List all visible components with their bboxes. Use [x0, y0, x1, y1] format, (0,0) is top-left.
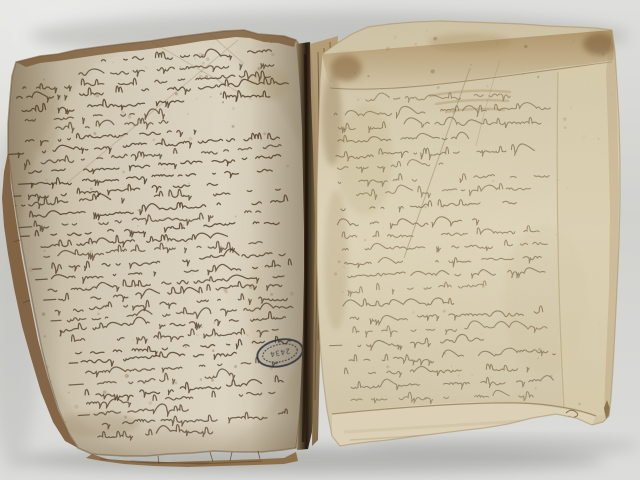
- foxing-speckle: [500, 79, 501, 80]
- foxing-speckle: [206, 57, 209, 60]
- foxing-speckle: [433, 37, 437, 41]
- right-page: [315, 18, 627, 452]
- foxing-speckle: [43, 79, 45, 81]
- foxing-speckle: [232, 107, 235, 110]
- foxing-speckle: [152, 139, 155, 142]
- foxing-speckle: [367, 75, 369, 77]
- foxing-speckle: [122, 111, 125, 114]
- foxing-speckle: [290, 292, 294, 296]
- foxing-speckle: [188, 183, 189, 184]
- foxing-speckle: [192, 273, 194, 275]
- foxing-speckle: [211, 379, 214, 382]
- foxing-speckle: [149, 401, 153, 405]
- foxing-speckle: [611, 94, 612, 95]
- foxing-speckle: [558, 179, 559, 180]
- foxing-speckle: [569, 106, 573, 110]
- foxing-speckle: [494, 401, 495, 402]
- foxing-speckle: [522, 73, 524, 75]
- foxing-speckle: [364, 239, 366, 241]
- foxing-speckle: [564, 126, 567, 129]
- foxing-speckle: [225, 290, 228, 293]
- foxing-speckle: [592, 55, 594, 57]
- foxing-speckle: [221, 91, 222, 92]
- foxing-speckle: [470, 64, 472, 66]
- foxing-speckle: [567, 187, 568, 188]
- foxing-speckle: [122, 170, 125, 173]
- foxing-speckle: [386, 365, 389, 368]
- foxing-speckle: [453, 111, 456, 114]
- foxing-speckle: [458, 375, 460, 377]
- foxing-speckle: [145, 66, 148, 69]
- foxing-speckle: [487, 108, 489, 110]
- foxing-speckle: [383, 227, 384, 228]
- foxing-speckle: [42, 312, 46, 316]
- foxing-speckle: [443, 309, 446, 312]
- foxing-speckle: [598, 323, 600, 325]
- foxing-speckle: [449, 191, 451, 193]
- foxing-speckle: [437, 86, 440, 89]
- foxing-speckle: [563, 117, 566, 120]
- foxing-speckle: [121, 79, 122, 80]
- foxing-speckle: [583, 135, 586, 138]
- foxing-speckle: [213, 322, 216, 325]
- foxing-speckle: [393, 35, 397, 39]
- foxing-speckle: [338, 260, 341, 263]
- foxing-speckle: [524, 45, 528, 49]
- foxing-speckle: [200, 378, 203, 381]
- foxing-speckle: [128, 115, 132, 119]
- foxing-speckle: [354, 72, 355, 73]
- foxing-speckle: [90, 188, 93, 191]
- foxing-speckle: [232, 125, 235, 128]
- foxing-speckle: [65, 421, 66, 422]
- foxing-speckle: [535, 388, 537, 390]
- foxing-speckle: [503, 371, 504, 372]
- foxing-speckle: [21, 171, 22, 172]
- foxing-speckle: [174, 381, 177, 384]
- foxing-speckle: [431, 69, 435, 73]
- foxing-speckle: [451, 366, 453, 368]
- foxing-speckle: [68, 392, 70, 394]
- foxing-speckle: [93, 132, 96, 135]
- foxing-speckle: [257, 67, 261, 71]
- foxing-speckle: [263, 132, 266, 135]
- foxing-speckle: [29, 268, 33, 272]
- foxing-speckle: [132, 339, 134, 341]
- foxing-speckle: [412, 311, 415, 314]
- foxing-speckle: [175, 92, 178, 95]
- foxing-speckle: [220, 93, 222, 95]
- foxing-speckle: [103, 390, 107, 394]
- foxing-speckle: [187, 113, 189, 115]
- foxing-speckle: [487, 86, 489, 88]
- foxing-speckle: [357, 98, 360, 101]
- foxing-speckle: [556, 234, 557, 235]
- foxing-speckle: [286, 164, 289, 167]
- open-book: 2434: [0, 18, 627, 467]
- foxing-speckle: [343, 266, 345, 268]
- foxing-speckle: [137, 225, 139, 227]
- foxing-speckle: [270, 367, 273, 370]
- foxing-speckle: [186, 242, 188, 244]
- foxing-speckle: [199, 52, 202, 55]
- foxing-speckle: [124, 416, 127, 419]
- foxing-speckle: [45, 179, 48, 182]
- foxing-speckle: [164, 168, 166, 170]
- foxing-speckle: [201, 71, 202, 72]
- foxing-speckle: [180, 66, 181, 67]
- foxing-speckle: [43, 335, 45, 337]
- foxing-speckle: [601, 53, 605, 57]
- foxing-speckle: [246, 334, 248, 336]
- foxing-speckle: [196, 334, 199, 337]
- shadow-bottom-right: [360, 438, 640, 454]
- foxing-speckle: [426, 30, 428, 32]
- foxing-speckle: [537, 76, 539, 78]
- foxing-speckle: [537, 357, 539, 359]
- foxing-speckle: [386, 47, 390, 51]
- foxing-speckle: [578, 403, 581, 406]
- foxing-speckle: [222, 101, 224, 103]
- foxing-speckle: [97, 313, 100, 316]
- foxing-speckle: [472, 374, 473, 375]
- foxing-speckle: [43, 250, 45, 252]
- foxing-speckle: [185, 346, 187, 348]
- foxing-speckle: [342, 291, 344, 293]
- foxing-speckle: [270, 293, 273, 296]
- foxing-speckle: [424, 206, 427, 209]
- foxing-speckle: [137, 209, 139, 211]
- foxing-speckle: [234, 365, 237, 368]
- foxing-speckle: [271, 53, 274, 56]
- right-page-surface: [315, 18, 627, 452]
- foxing-speckle: [202, 62, 205, 65]
- foxing-speckle: [131, 70, 133, 72]
- foxing-speckle: [112, 62, 113, 63]
- foxing-speckle: [538, 348, 541, 351]
- foxing-speckle: [415, 43, 417, 45]
- foxing-speckle: [573, 39, 575, 41]
- foxing-speckle: [434, 149, 435, 150]
- manuscript-photo: 2434: [0, 0, 640, 480]
- foxing-speckle: [492, 180, 494, 182]
- foxing-speckle: [74, 405, 78, 409]
- foxing-speckle: [189, 137, 193, 141]
- foxing-speckle: [195, 98, 198, 101]
- foxing-speckle: [210, 96, 212, 98]
- foxing-speckle: [125, 374, 129, 378]
- foxing-speckle: [235, 215, 237, 217]
- foxing-speckle: [194, 58, 196, 60]
- foxing-speckle: [334, 273, 337, 276]
- foxing-speckle: [480, 333, 483, 336]
- foxing-speckle: [212, 349, 215, 352]
- photograph-frame: 2434: [0, 0, 640, 480]
- foxing-speckle: [201, 326, 203, 328]
- foxing-speckle: [496, 42, 498, 44]
- foxing-speckle: [576, 65, 577, 66]
- foxing-speckle: [598, 138, 600, 140]
